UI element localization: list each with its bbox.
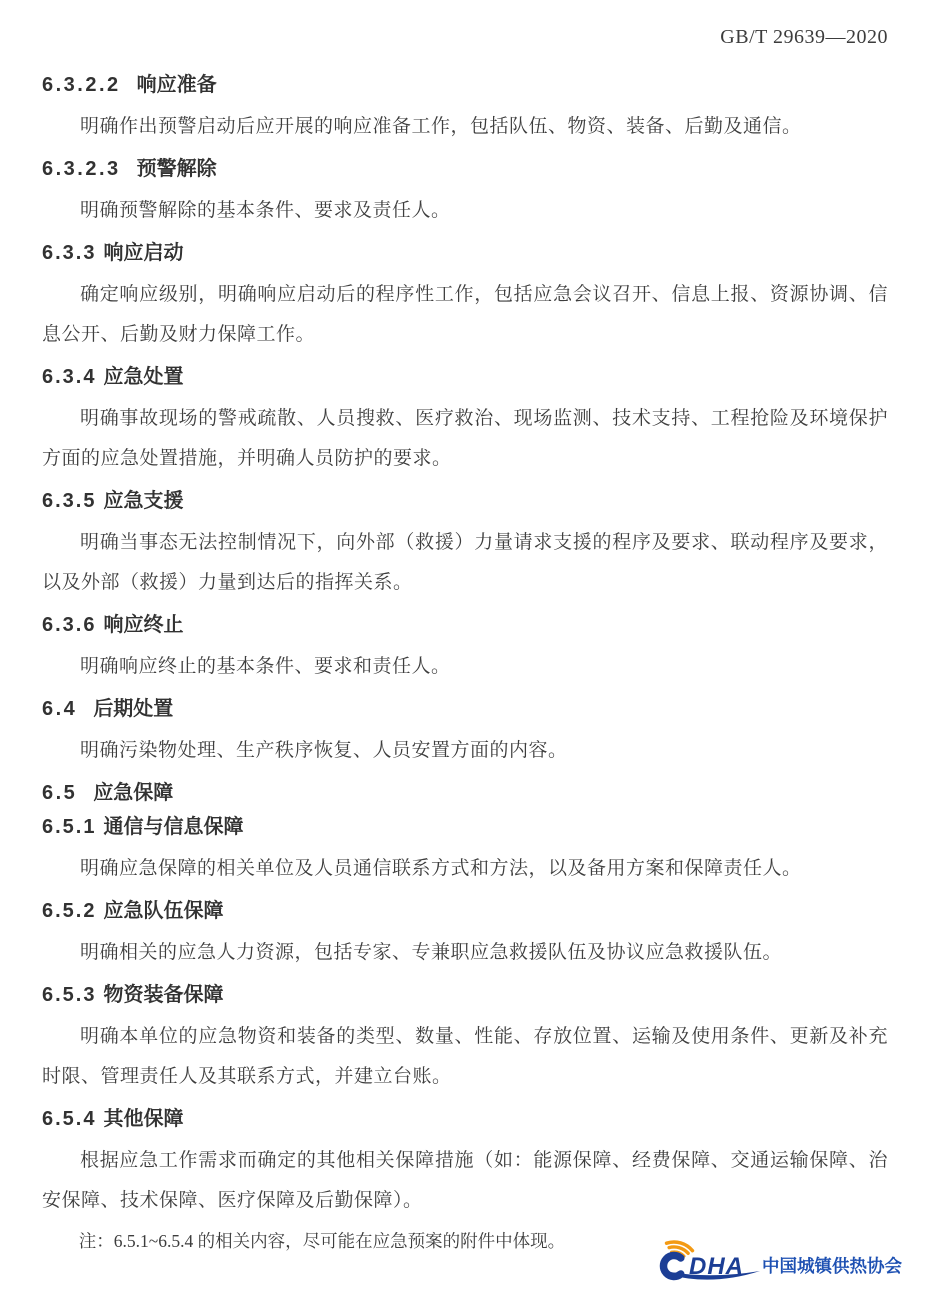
section-title: 通信与信息保障 bbox=[103, 816, 243, 838]
section-number: 6.3.2.2 bbox=[42, 74, 121, 96]
section-heading-6.5.2: 6.5.2应急队伍保障 bbox=[42, 899, 888, 923]
section-number: 6.3.6 bbox=[42, 614, 96, 636]
section-title: 响应准备 bbox=[137, 74, 217, 96]
paragraph: 明确本单位的应急物资和装备的类型、数量、性能、存放位置、运输及使用条件、更新及补… bbox=[42, 1017, 888, 1097]
logo-abbr-text: DHA bbox=[689, 1253, 744, 1280]
section-heading-6.3.3: 6.3.3响应启动 bbox=[42, 241, 888, 265]
dha-association-logo: DHA 中国城镇供热协会 bbox=[658, 1226, 910, 1288]
section-heading-6.5.4: 6.5.4其他保障 bbox=[42, 1107, 888, 1131]
paragraph: 明确作出预警启动后应开展的响应准备工作，包括队伍、物资、装备、后勤及通信。 bbox=[42, 107, 888, 147]
section-number: 6.3.2.3 bbox=[42, 158, 121, 180]
section-title: 其他保障 bbox=[103, 1108, 183, 1130]
section-title: 后期处置 bbox=[93, 698, 173, 720]
section-number: 6.5.4 bbox=[42, 1108, 96, 1130]
standard-code-header: GB/T 29639—2020 bbox=[0, 0, 932, 49]
paragraph: 明确当事态无法控制情况下，向外部（救援）力量请求支援的程序及要求、联动程序及要求… bbox=[42, 523, 888, 603]
paragraph: 明确事故现场的警戒疏散、人员搜救、医疗救治、现场监测、技术支持、工程抢险及环境保… bbox=[42, 399, 888, 479]
logo-org-name: 中国城镇供热协会 bbox=[762, 1256, 902, 1276]
paragraph: 明确响应终止的基本条件、要求和责任人。 bbox=[42, 647, 888, 687]
section-title: 应急队伍保障 bbox=[103, 900, 223, 922]
section-number: 6.5 bbox=[42, 782, 77, 804]
document-page: GB/T 29639—2020 6.3.2.2响应准备明确作出预警启动后应开展的… bbox=[0, 0, 932, 1293]
section-title: 物资装备保障 bbox=[103, 984, 223, 1006]
paragraph: 明确相关的应急人力资源，包括专家、专兼职应急救援队伍及协议应急救援队伍。 bbox=[42, 933, 888, 973]
section-title: 响应终止 bbox=[103, 614, 183, 636]
standard-code: GB/T 29639—2020 bbox=[720, 26, 888, 48]
section-number: 6.3.5 bbox=[42, 490, 96, 512]
section-title: 响应启动 bbox=[103, 242, 183, 264]
section-heading-6.3.2.2: 6.3.2.2响应准备 bbox=[42, 73, 888, 97]
section-number: 6.5.2 bbox=[42, 900, 96, 922]
paragraph: 明确应急保障的相关单位及人员通信联系方式和方法，以及备用方案和保障责任人。 bbox=[42, 849, 888, 889]
section-heading-6.3.6: 6.3.6响应终止 bbox=[42, 613, 888, 637]
section-heading-6.3.4: 6.3.4应急处置 bbox=[42, 365, 888, 389]
section-heading-6.3.5: 6.3.5应急支援 bbox=[42, 489, 888, 513]
paragraph: 明确预警解除的基本条件、要求及责任人。 bbox=[42, 191, 888, 231]
section-number: 6.3.3 bbox=[42, 242, 96, 264]
section-heading-6.5: 6.5应急保障 bbox=[42, 781, 888, 805]
section-number: 6.5.3 bbox=[42, 984, 96, 1006]
section-number: 6.3.4 bbox=[42, 366, 96, 388]
section-title: 预警解除 bbox=[137, 158, 217, 180]
paragraph: 根据应急工作需求而确定的其他相关保障措施（如：能源保障、经费保障、交通运输保障、… bbox=[42, 1141, 888, 1221]
section-heading-6.5.1: 6.5.1通信与信息保障 bbox=[42, 815, 888, 839]
section-heading-6.4: 6.4后期处置 bbox=[42, 697, 888, 721]
section-title: 应急保障 bbox=[93, 782, 173, 804]
section-title: 应急支援 bbox=[103, 490, 183, 512]
section-title: 应急处置 bbox=[103, 366, 183, 388]
section-number: 6.4 bbox=[42, 698, 77, 720]
paragraph: 确定响应级别，明确响应启动后的程序性工作，包括应急会议召开、信息上报、资源协调、… bbox=[42, 275, 888, 355]
paragraph: 明确污染物处理、生产秩序恢复、人员安置方面的内容。 bbox=[42, 731, 888, 771]
document-body: 6.3.2.2响应准备明确作出预警启动后应开展的响应准备工作，包括队伍、物资、装… bbox=[0, 49, 932, 1258]
section-heading-6.5.3: 6.5.3物资装备保障 bbox=[42, 983, 888, 1007]
section-number: 6.5.1 bbox=[42, 816, 96, 838]
section-heading-6.3.2.3: 6.3.2.3预警解除 bbox=[42, 157, 888, 181]
